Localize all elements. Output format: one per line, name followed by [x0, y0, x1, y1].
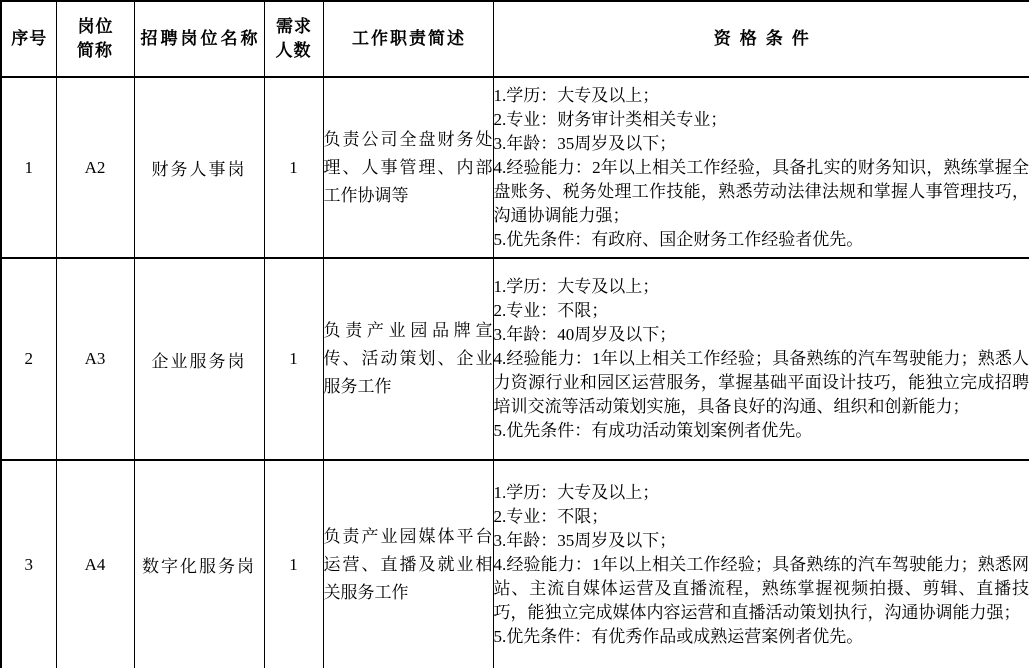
qualification-item: 5.优先条件：有成功活动策划案例者优先。	[494, 419, 1029, 443]
qualification-item: 2.专业：不限；	[494, 299, 1029, 323]
position-code-cell: A4	[56, 460, 134, 668]
position-code-cell: A3	[56, 258, 134, 460]
qualifications-cell: 1.学历：大专及以上； 2.专业：不限； 3.年龄：40周岁及以下； 4.经验能…	[493, 258, 1029, 460]
header-position-code: 岗位 简称	[56, 1, 134, 77]
qualification-item: 4.经验能力：1年以上相关工作经验；具备熟练的汽车驾驶能力；熟悉网站、主流自媒体…	[494, 553, 1029, 625]
qualification-item: 5.优先条件：有优秀作品或成熟运营案例者优先。	[494, 625, 1029, 649]
headcount-cell: 1	[264, 258, 323, 460]
header-qualifications: 资格条件	[493, 1, 1029, 77]
duties-cell: 负责产业园媒体平台运营、直播及就业相关服务工作	[323, 460, 493, 668]
qualification-item: 4.经验能力：2年以上相关工作经验，具备扎实的财务知识，熟练掌握全盘账务、税务处…	[494, 156, 1029, 228]
position-title-cell: 财务人事岗	[134, 77, 264, 258]
header-position-title: 招聘岗位名称	[134, 1, 264, 77]
qualifications-cell: 1.学历：大专及以上； 2.专业：不限； 3.年龄：35周岁及以下； 4.经验能…	[493, 460, 1029, 668]
qualification-item: 3.年龄：40周岁及以下；	[494, 323, 1029, 347]
serial-number-cell: 2	[1, 258, 56, 460]
qualification-item: 3.年龄：35周岁及以下；	[494, 529, 1029, 553]
qualification-item: 3.年龄：35周岁及以下；	[494, 132, 1029, 156]
duties-cell: 负责公司全盘财务处理、人事管理、内部工作协调等	[323, 77, 493, 258]
header-duties: 工作职责简述	[323, 1, 493, 77]
qualification-item: 1.学历：大专及以上；	[494, 275, 1029, 299]
qualification-item: 5.优先条件：有政府、国企财务工作经验者优先。	[494, 228, 1029, 252]
position-title-cell: 数字化服务岗	[134, 460, 264, 668]
table-row: 2 A3 企业服务岗 1 负责产业园品牌宣传、活动策划、企业服务工作 1.学历：…	[1, 258, 1029, 460]
table-row: 1 A2 财务人事岗 1 负责公司全盘财务处理、人事管理、内部工作协调等 1.学…	[1, 77, 1029, 258]
recruitment-table: 序号 岗位 简称 招聘岗位名称 需求 人数 工作职责简述 资格条件 1 A2 财…	[0, 0, 1029, 668]
qualification-item: 4.经验能力：1年以上相关工作经验；具备熟练的汽车驾驶能力；熟悉人力资源行业和园…	[494, 347, 1029, 419]
table-header-row: 序号 岗位 简称 招聘岗位名称 需求 人数 工作职责简述 资格条件	[1, 1, 1029, 77]
headcount-cell: 1	[264, 77, 323, 258]
document-page: 序号 岗位 简称 招聘岗位名称 需求 人数 工作职责简述 资格条件 1 A2 财…	[0, 0, 1029, 668]
qualification-item: 1.学历：大专及以上；	[494, 84, 1029, 108]
table-row: 3 A4 数字化服务岗 1 负责产业园媒体平台运营、直播及就业相关服务工作 1.…	[1, 460, 1029, 668]
qualifications-cell: 1.学历：大专及以上； 2.专业：财务审计类相关专业； 3.年龄：35周岁及以下…	[493, 77, 1029, 258]
serial-number-cell: 3	[1, 460, 56, 668]
qualification-item: 2.专业：不限；	[494, 505, 1029, 529]
qualification-item: 2.专业：财务审计类相关专业；	[494, 108, 1029, 132]
serial-number-cell: 1	[1, 77, 56, 258]
header-serial-number: 序号	[1, 1, 56, 77]
headcount-cell: 1	[264, 460, 323, 668]
position-code-cell: A2	[56, 77, 134, 258]
duties-cell: 负责产业园品牌宣传、活动策划、企业服务工作	[323, 258, 493, 460]
header-headcount: 需求 人数	[264, 1, 323, 77]
qualification-item: 1.学历：大专及以上；	[494, 481, 1029, 505]
position-title-cell: 企业服务岗	[134, 258, 264, 460]
